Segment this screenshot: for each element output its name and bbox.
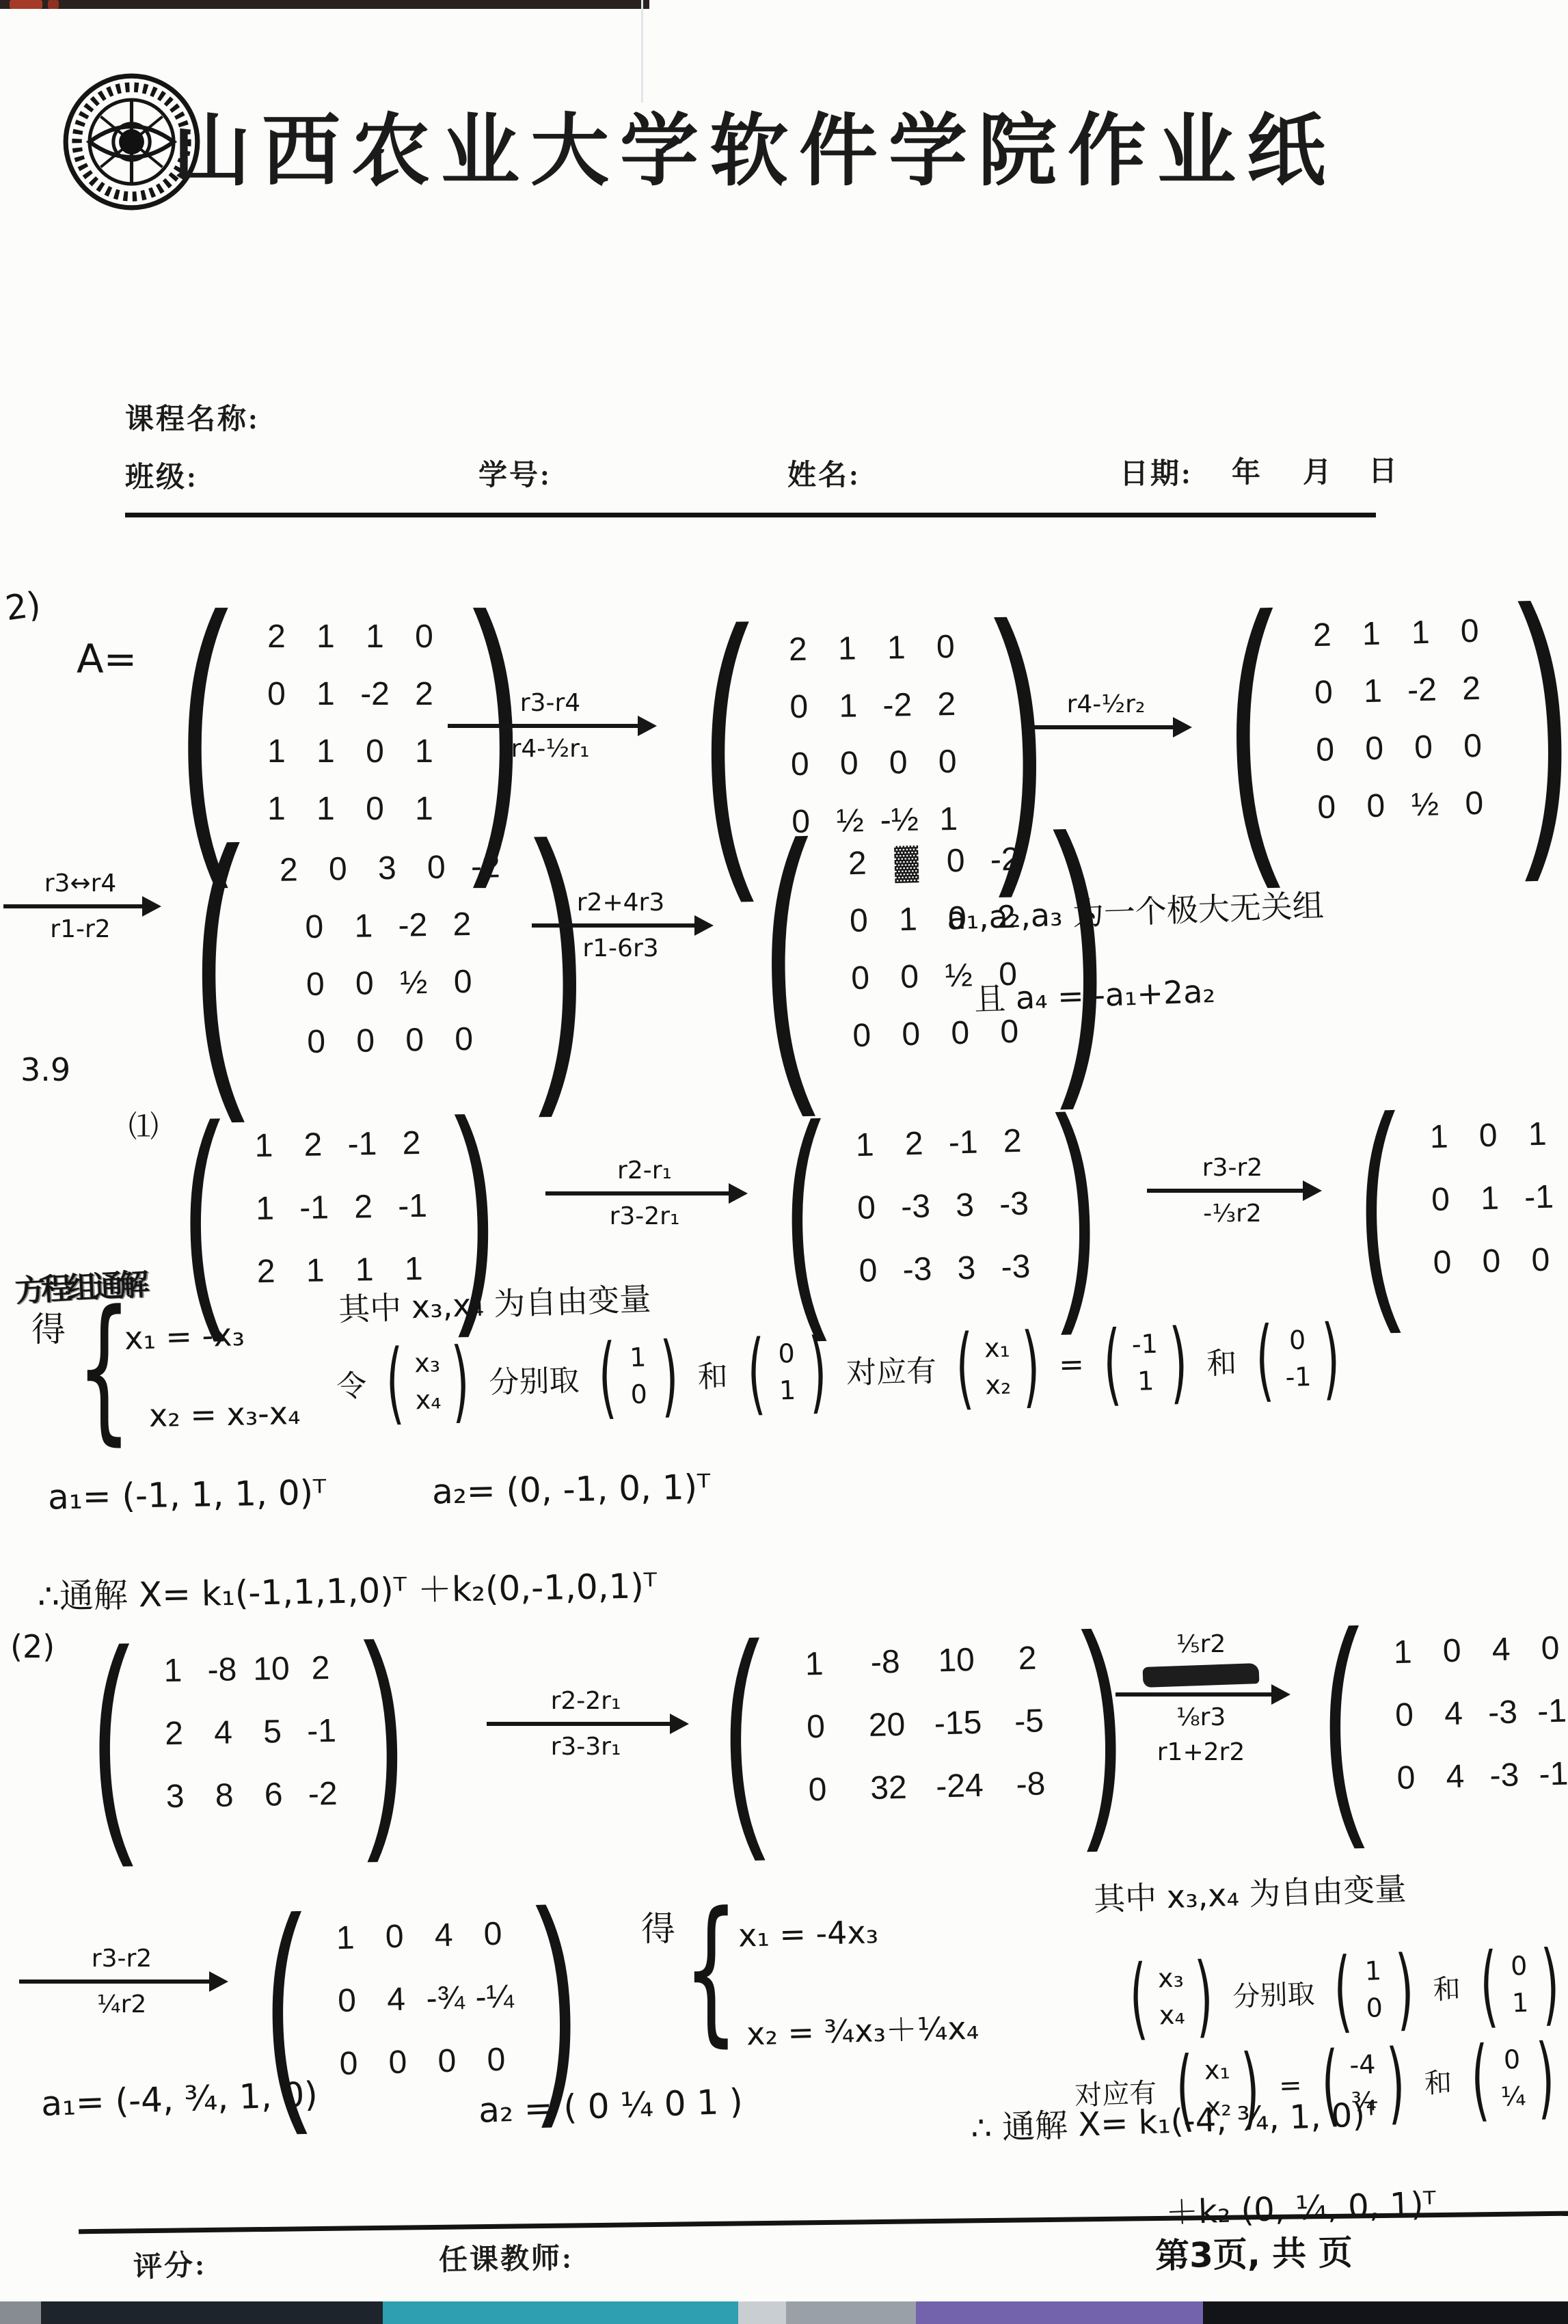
scan-edge-top (0, 0, 649, 9)
equation2-x1: x₁ = -4x₃ (738, 1913, 878, 1954)
matrix: 211001-22000000½0 (1199, 602, 1568, 837)
duiyingyou-text: 对应有 (846, 1346, 937, 1392)
row-op-top: r2-2r₁ (551, 1687, 621, 1715)
he-text: 和 (1424, 2061, 1452, 2100)
name-label: 姓名: (787, 452, 861, 494)
assign-values-line2: x₃x₄ 分别取 10 和 01 (1120, 1949, 1568, 2033)
row-op-bottom: r1-r2 (50, 915, 110, 943)
row-op-bottom: r1-6r3 (582, 934, 658, 962)
general-solution-line: ∴通解 X= k₁(-1,1,1,0)ᵀ ＋k₂(0,-1,0,1)ᵀ (37, 1558, 657, 1619)
row-op-bottom: ¼r2 (97, 1990, 147, 2018)
arrow-line (487, 1722, 685, 1726)
he-text: 和 (697, 1351, 729, 1396)
matrix: 101001-110000 (1336, 1101, 1568, 1293)
arrow-line (532, 923, 709, 928)
matrix: 211001-2200000½-½1 (675, 619, 1072, 850)
vector: 01 (1470, 1949, 1568, 2021)
system-brace (77, 1291, 131, 1448)
problem1-label: ⑴ (129, 1102, 159, 1146)
vector: 01 (738, 1336, 836, 1407)
fenbiequ-text: 分别取 (1232, 1972, 1315, 2014)
row-op-top: r2+4r3 (577, 889, 664, 917)
matrix-a-lhs: A= (77, 636, 137, 682)
page-number-info: 第3页, 共 页 (1154, 2225, 1353, 2278)
de-label: 得 (31, 1302, 66, 1351)
basis-vector-a2b: a₂ = ( 0 ¼ 0 1 ) (478, 2081, 744, 2130)
row-op-top: r3-r2 (1202, 1154, 1262, 1182)
vector: x₃x₄ (1120, 1960, 1223, 2032)
matrix: 1-8102245-1386-2 (70, 1638, 426, 1827)
fenbiequ-text: 分别取 (489, 1355, 580, 1401)
header-divider (125, 513, 1376, 517)
row-op-top: r3↔r4 (44, 869, 117, 897)
row-op-bottom: r3-3r₁ (551, 1733, 621, 1761)
equals-sign: = (1058, 1347, 1084, 1382)
general-solution2-line2: ＋k₂ (0, ¼, 0, 1)ᵀ (1165, 2177, 1437, 2234)
vector: 10 (1324, 1954, 1423, 2025)
row-op-bottom2: r1+2r2 (1157, 1738, 1245, 1766)
vector: 0-1 (1247, 1323, 1349, 1394)
row-operation-arrow: r4-½r₂ (1024, 690, 1188, 729)
student-id-label: 学号: (478, 452, 552, 494)
ling-text: 令 (336, 1361, 367, 1405)
vector: x₃x₄ (377, 1346, 479, 1417)
free-variables-note2: 其中 x₃,x₄ 为自由变量 (1093, 1864, 1407, 1920)
day-label: 日 (1368, 448, 1399, 489)
general-solution2-line1: ∴ 通解 X= k₁(-4, ¾, 1, 0)ᵀ (970, 2088, 1378, 2150)
year-label: 年 (1232, 450, 1262, 491)
page-title: 山西农业大学软件学院作业纸 (172, 87, 1336, 200)
class-label: 班级: (125, 455, 198, 496)
vector: -11 (1094, 1327, 1197, 1398)
scribbled-out-label (1143, 1663, 1260, 1688)
problem2-label: 2) (3, 584, 43, 629)
matrix: 104004-¾-¼0000 (243, 1902, 599, 2094)
row-op-bottom: r3-2r₁ (610, 1202, 680, 1230)
he-text: 和 (1433, 1967, 1461, 2007)
equation-x1: x₁ = -x₃ (124, 1316, 245, 1357)
row-op-bottom: r4-½r₁ (511, 735, 590, 763)
equation2-x2: x₂ = ¾x₃＋¼x₄ (746, 2003, 979, 2055)
de-label2: 得 (641, 1902, 675, 1951)
row-operation-arrow: r3-r2 -⅓r2 (1147, 1154, 1318, 1228)
matrix: 12-121-12-12111 (161, 1113, 517, 1302)
row-operation-arrow: r3-r4 r4-½r₁ (448, 689, 653, 763)
row-op-top: r3-r4 (520, 689, 580, 717)
row-operation-arrow: r3-r2 ¼r2 (19, 1945, 224, 2018)
arrow-line (448, 724, 653, 728)
row-op-bottom: ⅛r3 (1176, 1703, 1226, 1731)
scan-edge-top-red-mark (10, 0, 42, 9)
month-label: 月 (1303, 450, 1334, 491)
row-operation-arrow: r2-r₁ r3-2r₁ (545, 1157, 744, 1230)
course-name-label: 课程名称: (125, 396, 260, 437)
arrow-line (1024, 725, 1188, 729)
arrow-line (3, 904, 157, 908)
vector: x₁x₂ (947, 1331, 1049, 1402)
he-text: 和 (1206, 1338, 1237, 1383)
row-operation-arrow: r3↔r4 r1-r2 (3, 869, 157, 943)
matrix: 12-120-33-30-33-3 (762, 1109, 1119, 1301)
date-label: 日期: (1120, 451, 1193, 492)
system-brace2 (684, 1892, 738, 2049)
arrow-line (1116, 1692, 1286, 1697)
row-op-top: ⅕r2 (1176, 1630, 1226, 1658)
row-operation-arrow: ⅕r2 ⅛r3 r1+2r2 (1116, 1630, 1286, 1766)
arrow-line (19, 1980, 224, 1984)
section-number: 3.9 (21, 1051, 70, 1088)
arrow-line (545, 1191, 744, 1195)
row-operation-arrow: r2-2r₁ r3-3r₁ (487, 1687, 685, 1761)
scan-edge-top-red-dot (48, 0, 59, 9)
vector: 10 (589, 1340, 688, 1411)
row-op-bottom: -⅓r2 (1203, 1200, 1262, 1228)
arrow-line (1147, 1189, 1318, 1193)
basis-vector-a1: a₁= (-1, 1, 1, 0)ᵀ (48, 1472, 327, 1517)
row-op-top: r4-½r₂ (1067, 690, 1146, 718)
row-op-top: r2-r₁ (617, 1157, 672, 1185)
homework-sheet-scan: 山西农业大学软件学院作业纸 课程名称: 班级: 学号: 姓名: 日期: 年 月 … (0, 0, 1568, 2324)
teacher-label: 任课教师: (438, 2235, 573, 2278)
problem2b-label: (2) (10, 1628, 55, 1665)
basis-vector-a2: a₂= (0, -1, 0, 1)ᵀ (432, 1467, 711, 1511)
equation-x2: x₂ = x₃-x₄ (149, 1394, 301, 1434)
a4-combination-note: 且 a₄ = -a₁+2a₂ (973, 967, 1216, 1020)
row-operation-arrow: r2+4r3 r1-6r3 (532, 889, 709, 962)
row-op-top: r3-r2 (92, 1945, 152, 1973)
matrix: 2▓0-2010200½00000 (734, 830, 1133, 1065)
matrix: 1-8102020-15-5032-24-8 (701, 1627, 1145, 1822)
score-label: 评分: (133, 2242, 207, 2286)
vector: 0¼ (1461, 2042, 1564, 2114)
matrix: 104004-3-104-3-1 (1300, 1617, 1568, 1809)
scan-edge-bottom (0, 2301, 1568, 2324)
